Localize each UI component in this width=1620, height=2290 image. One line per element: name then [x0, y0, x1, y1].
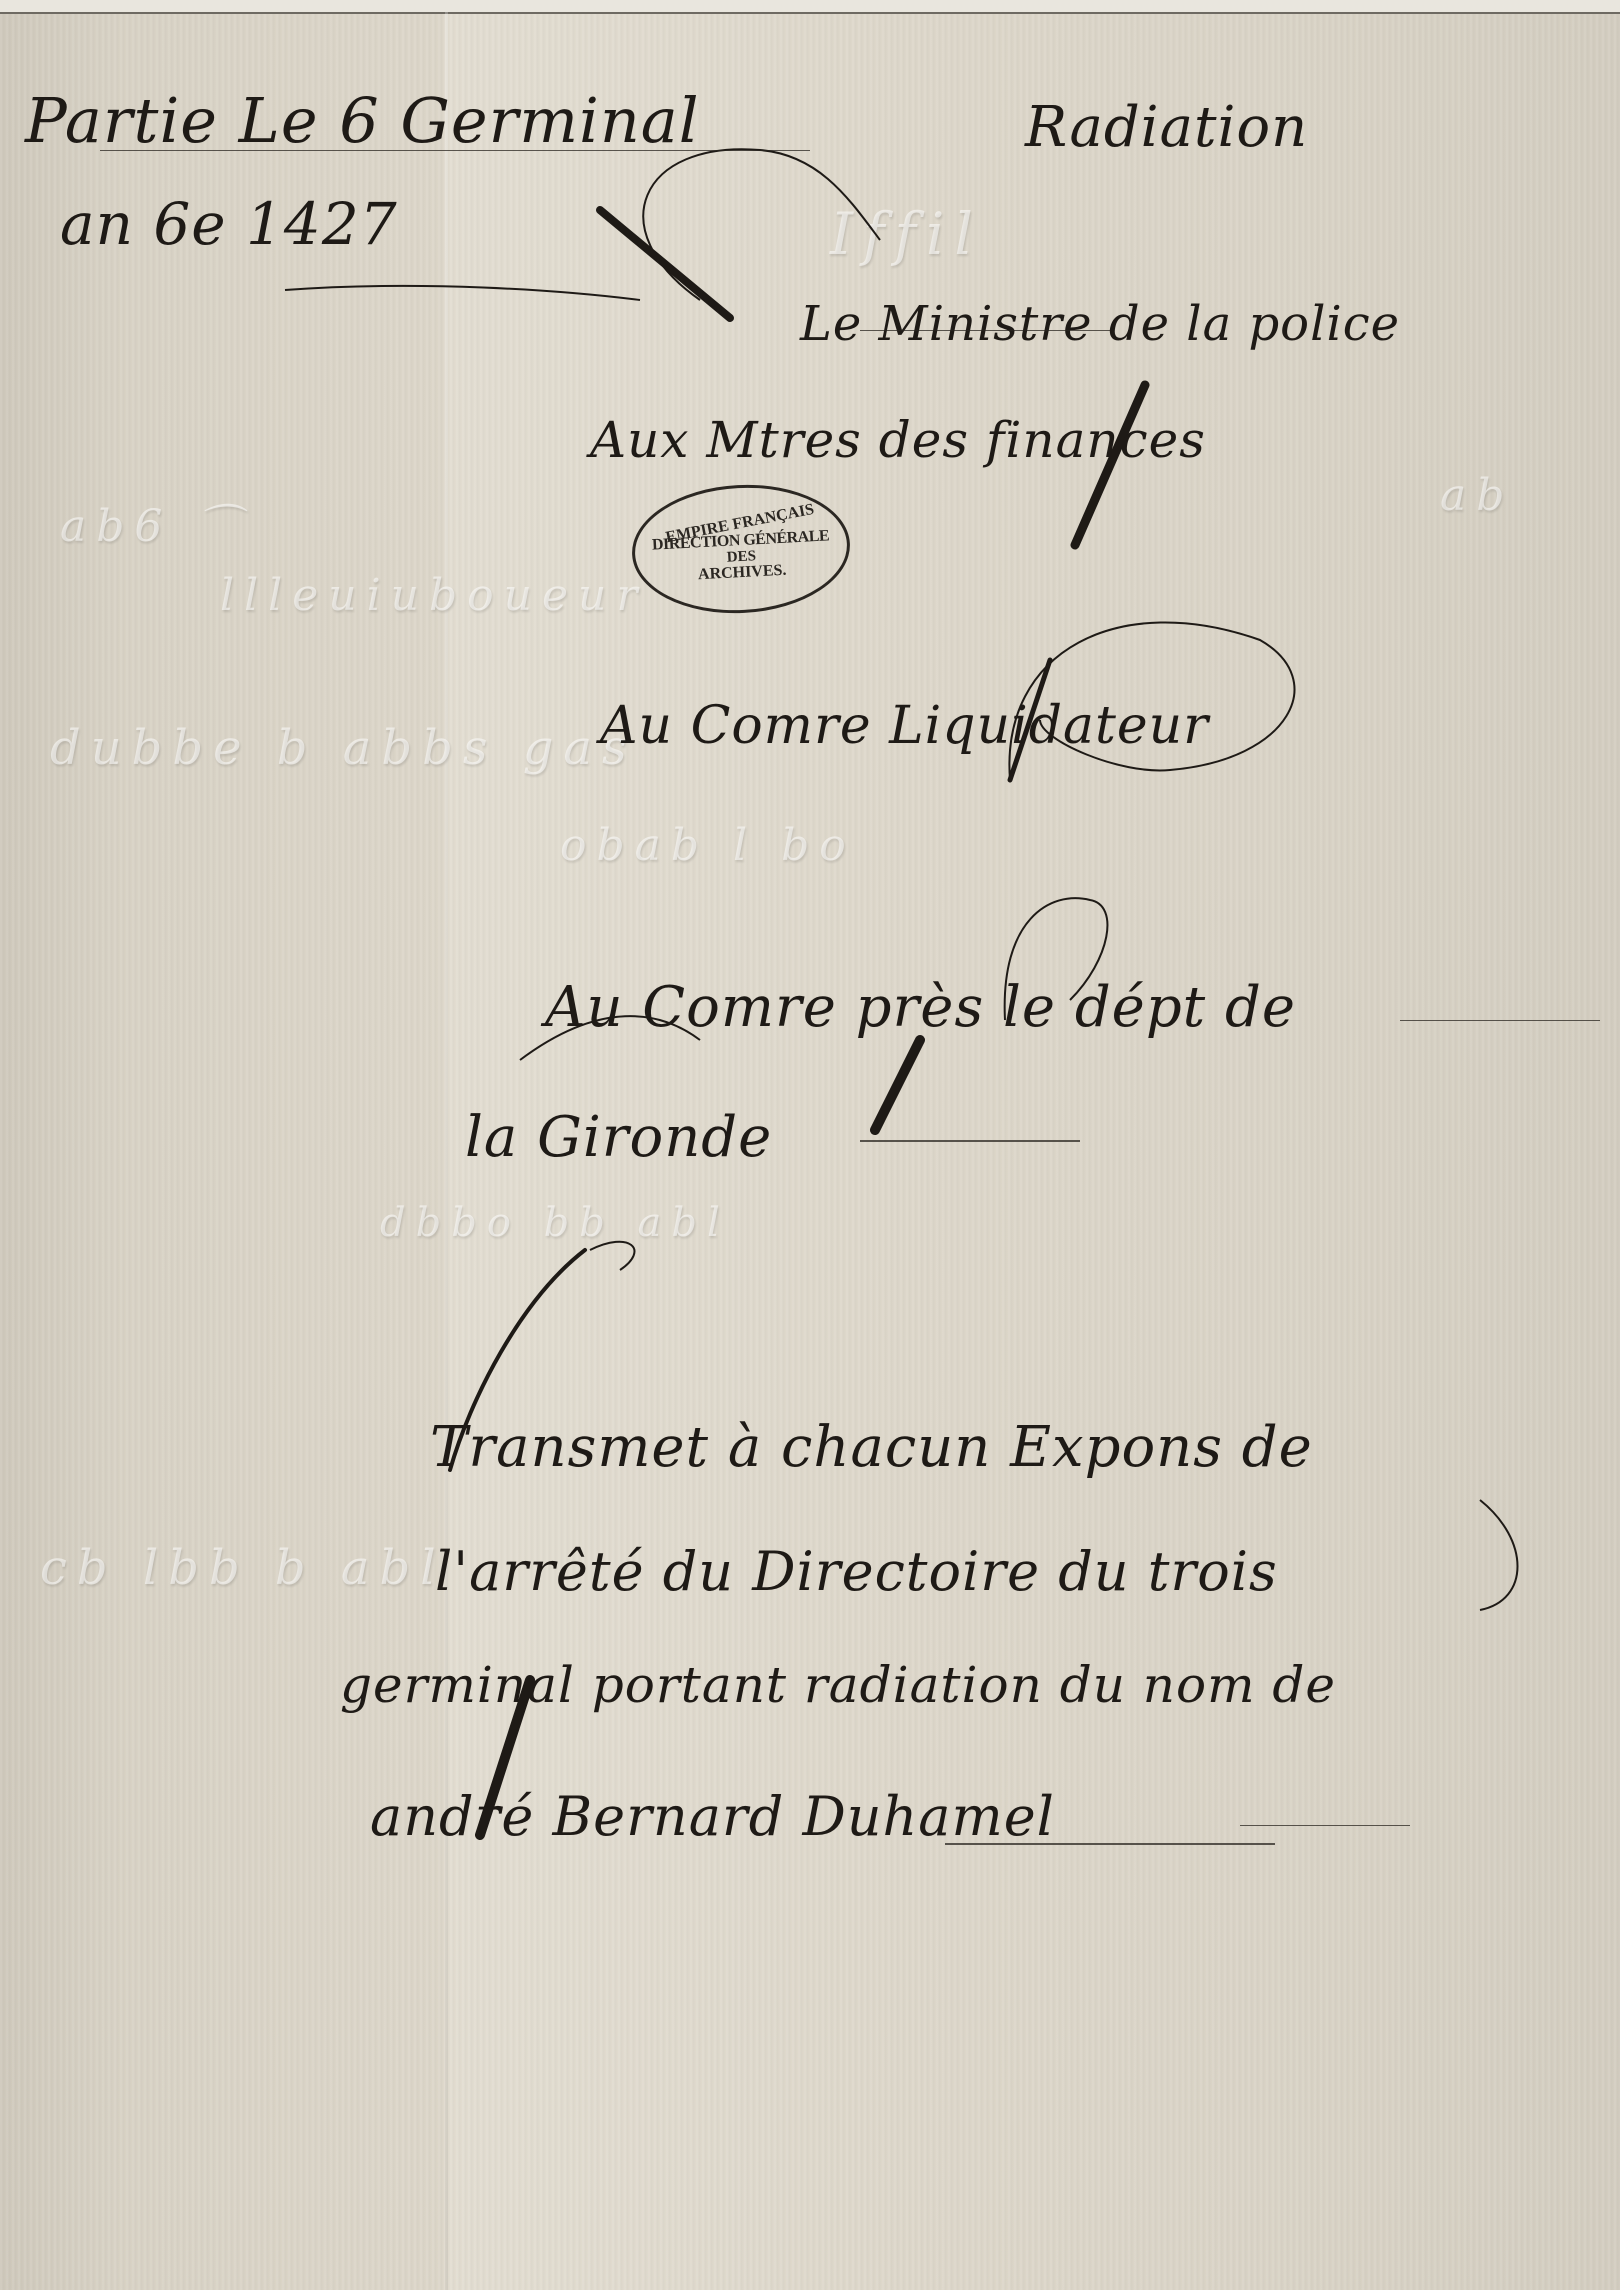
- body-line-2: l'arrêté du Directoire du trois: [435, 1545, 1278, 1599]
- body-line-4-name: andré Bernard Duhamel: [370, 1790, 1055, 1844]
- paper-fold-line: [445, 12, 448, 2290]
- recipient-line-3-tail: [1400, 1020, 1600, 1021]
- embossed-mark: dbbo bb abl: [380, 1200, 730, 1246]
- body-line-3: germinal portant radiation du nom de: [340, 1660, 1336, 1710]
- recipient-line-2: Au Comre Liquidateur: [600, 700, 1209, 752]
- sender-line: Le Ministre de la police: [800, 300, 1400, 348]
- header-year-line: an 6e 1427: [60, 195, 398, 253]
- embossed-mark: llleuiuboueur: [220, 570, 647, 621]
- header-date-line: Partie Le 6 Germinal: [25, 90, 700, 152]
- archives-stamp: EMPIRE FRANÇAIS DIRECTION GÉNÉRALE DES A…: [629, 479, 853, 618]
- manuscript-page: ab6 ⌒ llleuiuboueur dubbe b abbs gas oba…: [0, 0, 1620, 2290]
- radiation-note: Radiation: [1025, 100, 1308, 156]
- name-underline: [945, 1843, 1275, 1845]
- recipient-line-3: Au Comre près le dépt de: [545, 980, 1296, 1036]
- recipient-line-4: la Gironde: [465, 1110, 772, 1166]
- sender-underline: [860, 330, 1110, 331]
- embossed-mark: cb lbb b abl: [40, 1540, 446, 1596]
- recipient-line-4-underline: [860, 1140, 1080, 1142]
- embossed-mark: ab6 ⌒: [60, 490, 250, 554]
- page-top-edge: [0, 0, 1620, 14]
- name-tail-line: [1240, 1825, 1410, 1826]
- stamp-line-4: ARCHIVES.: [698, 563, 787, 584]
- embossed-mark: obab l bo: [560, 820, 856, 871]
- embossed-mark: ab: [1440, 470, 1514, 521]
- header-underline: [100, 150, 810, 151]
- body-line-1: Transmet à chacun Expons de: [430, 1420, 1313, 1476]
- embossed-mark: dubbe b abbs gas: [50, 720, 637, 776]
- embossed-mark: Iffil: [830, 200, 983, 268]
- recipient-line-1: Aux Mtres des finances: [590, 415, 1206, 465]
